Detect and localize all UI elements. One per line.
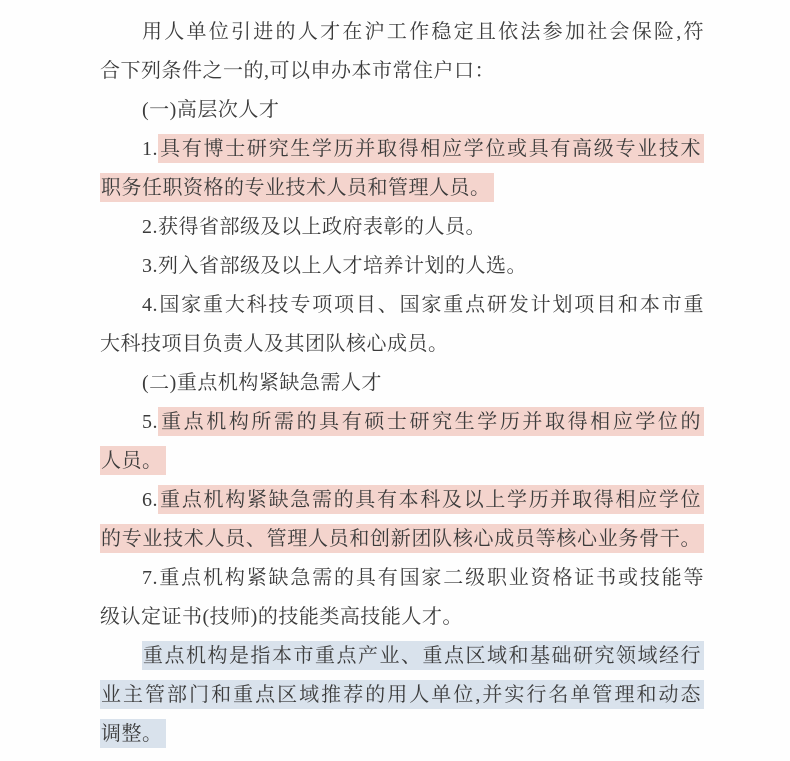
highlighted-text: 的专业技术人员、管理人员和创新团队核心成员等核心业务骨干。 bbox=[100, 524, 704, 553]
text-line: 的专业技术人员、管理人员和创新团队核心成员等核心业务骨干。 bbox=[100, 520, 704, 559]
highlighted-text: 职务任职资格的专业技术人员和管理人员。 bbox=[100, 173, 494, 202]
text-line: 业主管部门和重点区域推荐的用人单位,并实行名单管理和动态 bbox=[100, 676, 704, 715]
text-segment: 6. bbox=[142, 489, 158, 511]
text-line: (一)高层次人才 bbox=[100, 91, 704, 130]
highlighted-text: 人员。 bbox=[100, 446, 166, 475]
text-segment: 3.列入省部级及以上人才培养计划的人选。 bbox=[142, 255, 527, 277]
text-segment: (二)重点机构紧缺急需人才 bbox=[142, 372, 382, 394]
highlighted-text: 调整。 bbox=[100, 719, 166, 748]
text-line: 5.重点机构所需的具有硕士研究生学历并取得相应学位的 bbox=[100, 403, 704, 442]
text-segment: 5. bbox=[142, 411, 158, 433]
text-line: 人员。 bbox=[100, 442, 704, 481]
text-line: 2.获得省部级及以上政府表彰的人员。 bbox=[100, 208, 704, 247]
text-segment: 用人单位引进的人才在沪工作稳定且依法参加社会保险,符 bbox=[142, 21, 704, 43]
text-line: 职务任职资格的专业技术人员和管理人员。 bbox=[100, 169, 704, 208]
text-segment: 2.获得省部级及以上政府表彰的人员。 bbox=[142, 216, 486, 238]
text-line: 大科技项目负责人及其团队核心成员。 bbox=[100, 325, 704, 364]
document-text-block: 用人单位引进的人才在沪工作稳定且依法参加社会保险,符合下列条件之一的,可以申办本… bbox=[100, 13, 704, 754]
text-line: 3.列入省部级及以上人才培养计划的人选。 bbox=[100, 247, 704, 286]
text-segment: 合下列条件之一的,可以申办本市常住户口： bbox=[100, 60, 495, 82]
text-line: 6.重点机构紧缺急需的具有本科及以上学历并取得相应学位 bbox=[100, 481, 704, 520]
text-line: 重点机构是指本市重点产业、重点区域和基础研究领域经行 bbox=[100, 637, 704, 676]
text-segment: 大科技项目负责人及其团队核心成员。 bbox=[100, 333, 449, 355]
highlighted-text: 重点机构是指本市重点产业、重点区域和基础研究领域经行 bbox=[142, 641, 704, 670]
text-segment: 级认定证书(技师)的技能类高技能人才。 bbox=[100, 606, 463, 628]
text-line: 1.具有博士研究生学历并取得相应学位或具有高级专业技术 bbox=[100, 130, 704, 169]
highlighted-text: 重点机构紧缺急需的具有本科及以上学历并取得相应学位 bbox=[158, 485, 704, 514]
text-line: 级认定证书(技师)的技能类高技能人才。 bbox=[100, 598, 704, 637]
text-line: 用人单位引进的人才在沪工作稳定且依法参加社会保险,符 bbox=[100, 13, 704, 52]
text-line: 7.重点机构紧缺急需的具有国家二级职业资格证书或技能等 bbox=[100, 559, 704, 598]
text-line: 合下列条件之一的,可以申办本市常住户口： bbox=[100, 52, 704, 91]
text-line: 4.国家重大科技专项项目、国家重点研发计划项目和本市重 bbox=[100, 286, 704, 325]
text-line: 调整。 bbox=[100, 715, 704, 754]
text-segment: 4.国家重大科技专项项目、国家重点研发计划项目和本市重 bbox=[142, 294, 704, 316]
text-segment: (一)高层次人才 bbox=[142, 99, 279, 121]
text-segment: 1. bbox=[142, 138, 158, 160]
document-page: 用人单位引进的人才在沪工作稳定且依法参加社会保险,符合下列条件之一的,可以申办本… bbox=[0, 0, 790, 761]
highlighted-text: 业主管部门和重点区域推荐的用人单位,并实行名单管理和动态 bbox=[100, 680, 704, 709]
text-line: (二)重点机构紧缺急需人才 bbox=[100, 364, 704, 403]
highlighted-text: 重点机构所需的具有硕士研究生学历并取得相应学位的 bbox=[158, 407, 704, 436]
highlighted-text: 具有博士研究生学历并取得相应学位或具有高级专业技术 bbox=[158, 134, 704, 163]
text-segment: 7.重点机构紧缺急需的具有国家二级职业资格证书或技能等 bbox=[142, 567, 704, 589]
